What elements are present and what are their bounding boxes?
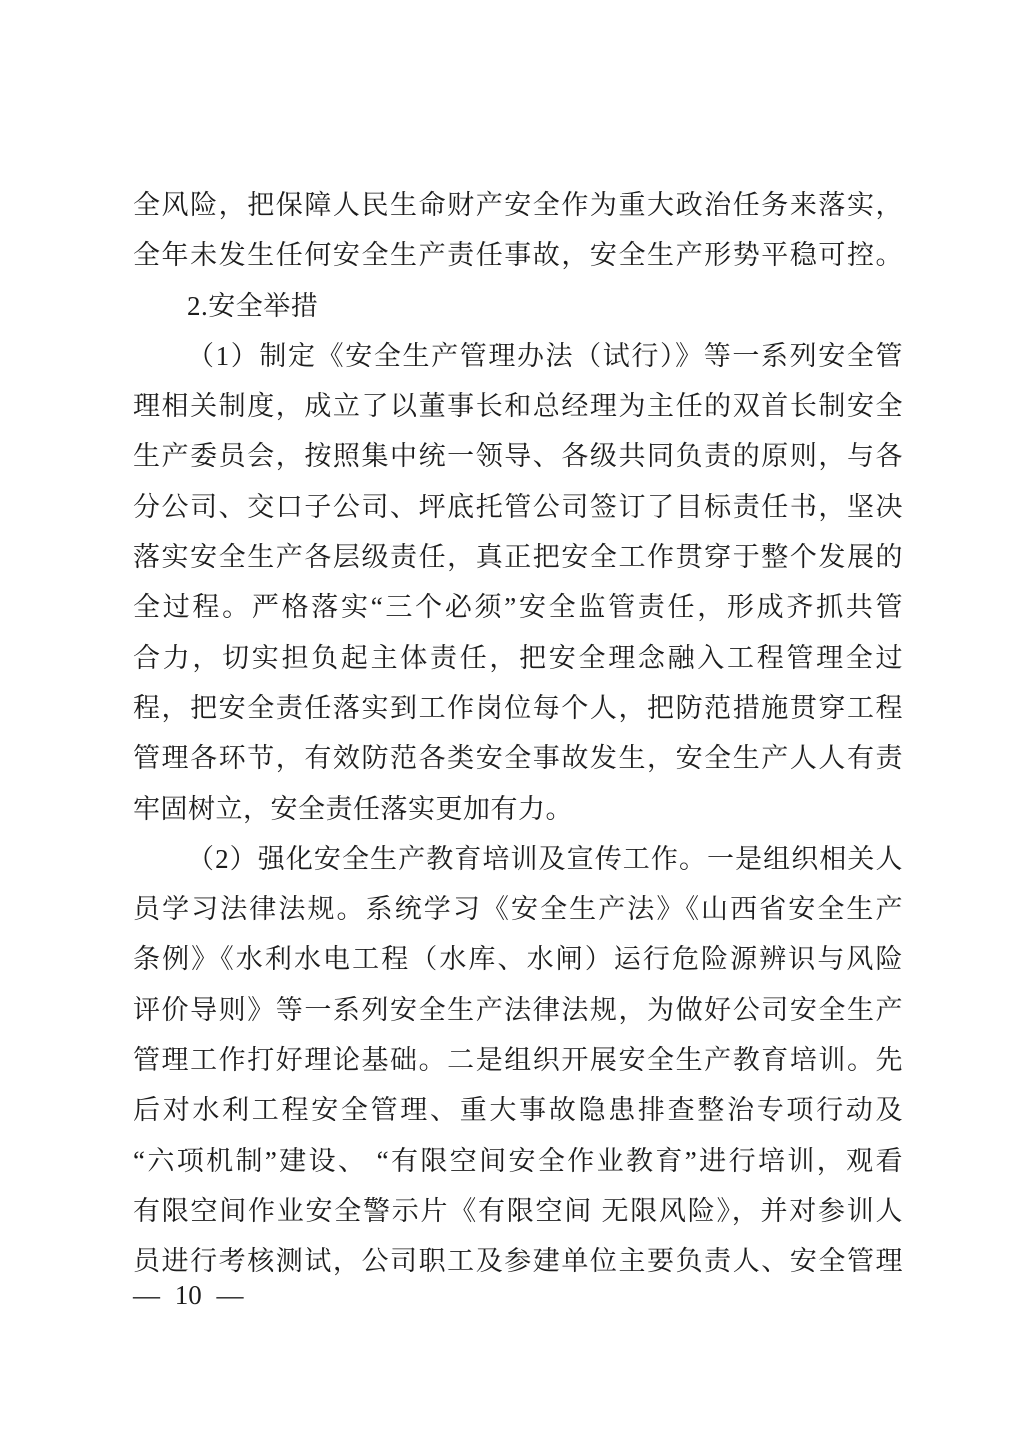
- document-page: 全风险，把保障人民生命财产安全作为重大政治任务来落实，全年未发生任何安全生产责任…: [0, 0, 1024, 1448]
- text-line: 2.安全举措: [133, 281, 903, 331]
- text-line: （1）制定《安全生产管理办法（试行）》等一系列安全管: [133, 331, 903, 381]
- text-line: 全过程。严格落实“三个必须”安全监管责任，形成齐抓共管: [133, 582, 903, 632]
- text-line: 生产委员会，按照集中统一领导、各级共同负责的原则，与各: [133, 431, 903, 481]
- text-line: 条例》《水利水电工程（水库、水闸）运行危险源辨识与风险: [133, 934, 903, 984]
- text-line: 后对水利工程安全管理、重大事故隐患排查整治专项行动及: [133, 1085, 903, 1135]
- text-line: “六项机制”建设、 “有限空间安全作业教育”进行培训，观看: [133, 1136, 903, 1186]
- text-line: 分公司、交口子公司、坪底托管公司签订了目标责任书，坚决: [133, 482, 903, 532]
- text-line: 理相关制度，成立了以董事长和总经理为主任的双首长制安全: [133, 381, 903, 431]
- text-line: 评价导则》等一系列安全生产法律法规，为做好公司安全生产: [133, 985, 903, 1035]
- text-line: 程，把安全责任落实到工作岗位每个人，把防范措施贯穿工程: [133, 683, 903, 733]
- text-line: 全年未发生任何安全生产责任事故，安全生产形势平稳可控。: [133, 230, 903, 280]
- text-line: 管理各环节，有效防范各类安全事故发生，安全生产人人有责: [133, 733, 903, 783]
- text-line: 员学习法律法规。系统学习《安全生产法》《山西省安全生产: [133, 884, 903, 934]
- document-body: 全风险，把保障人民生命财产安全作为重大政治任务来落实，全年未发生任何安全生产责任…: [133, 180, 903, 1287]
- text-line: 管理工作打好理论基础。二是组织开展安全生产教育培训。先: [133, 1035, 903, 1085]
- text-line: （2）强化安全生产教育培训及宣传工作。一是组织相关人: [133, 834, 903, 884]
- text-line: 落实安全生产各层级责任，真正把安全工作贯穿于整个发展的: [133, 532, 903, 582]
- text-line: 员进行考核测试，公司职工及参建单位主要负责人、安全管理: [133, 1236, 903, 1286]
- text-line: 有限空间作业安全警示片《有限空间 无限风险》，并对参训人: [133, 1186, 903, 1236]
- page-number: — 10 —: [133, 1280, 244, 1310]
- text-line: 合力，切实担负起主体责任，把安全理念融入工程管理全过: [133, 633, 903, 683]
- text-line: 全风险，把保障人民生命财产安全作为重大政治任务来落实，: [133, 180, 903, 230]
- text-line: 牢固树立，安全责任落实更加有力。: [133, 784, 903, 834]
- page-footer: — 10 —: [133, 1278, 244, 1312]
